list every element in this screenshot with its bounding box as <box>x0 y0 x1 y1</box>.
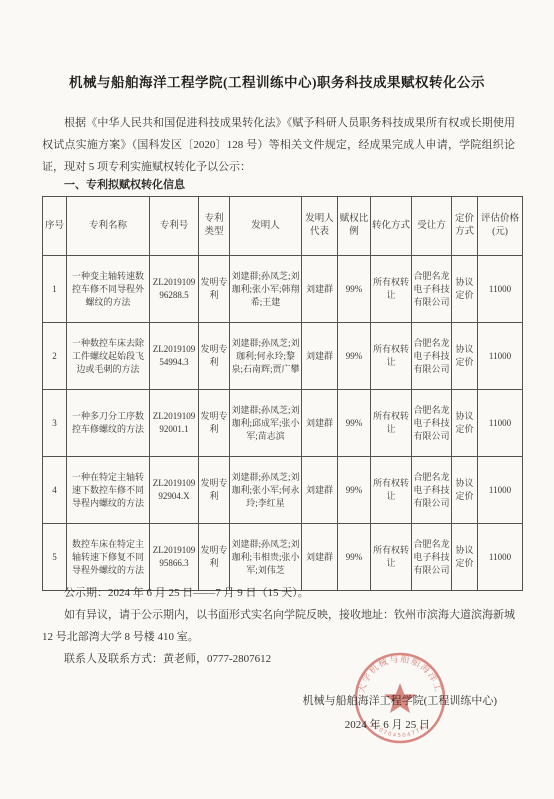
notice-period: 公示期：2024 年 6 月 25 日——7 月 9 日（15 天）。 <box>42 582 515 604</box>
cell-assignee: 合肥名龙电子科技有限公司 <box>412 457 452 524</box>
cell-patent-name: 一种多刀分工序数控车修螺纹的方法 <box>67 390 150 457</box>
cell-representative: 刘建群 <box>302 256 338 323</box>
objection-paragraph: 如有异议，请于公示期内，以书面形式实名向学院反映，接收地址：钦州市滨海大道滨海新… <box>42 604 515 648</box>
cell-valuation: 11000 <box>478 390 523 457</box>
cell-assignee: 合肥名龙电子科技有限公司 <box>412 524 452 591</box>
signature-org: 机械与船舶海洋工程学院(工程训练中心) <box>0 692 497 708</box>
cell-patent-no: ZL201910992001.1 <box>150 390 199 457</box>
header-patent-type: 专利类型 <box>199 197 230 256</box>
header-inventors: 发明人 <box>230 197 302 256</box>
cell-valuation: 11000 <box>478 256 523 323</box>
cell-patent-type: 发明专利 <box>199 256 230 323</box>
cell-method: 所有权转让 <box>371 457 412 524</box>
cell-assignee: 合肥名龙电子科技有限公司 <box>412 323 452 390</box>
cell-patent-no: ZL201910996288.5 <box>150 256 199 323</box>
cell-ratio: 99% <box>338 323 371 390</box>
cell-patent-no: ZL201910995866.3 <box>150 524 199 591</box>
table-row: 4 一种在特定主轴转速下数控车修不同导程内螺纹的方法 ZL20191099290… <box>43 457 523 524</box>
cell-patent-name: 一种变主轴转速数控车修不同导程外螺纹的方法 <box>67 256 150 323</box>
header-patent-name: 专利名称 <box>67 197 150 256</box>
header-patent-no: 专利号 <box>150 197 199 256</box>
header-method: 转化方式 <box>371 197 412 256</box>
cell-pricing: 协议定价 <box>452 390 478 457</box>
header-valuation: 评估价格(元) <box>478 197 523 256</box>
table-header-row: 序号 专利名称 专利号 专利类型 发明人 发明人代表 赋权比例 转化方式 受让方… <box>43 197 523 256</box>
signature-date: 2024 年 6 月 25 日 <box>0 716 430 732</box>
cell-index: 3 <box>43 390 67 457</box>
table-row: 3 一种多刀分工序数控车修螺纹的方法 ZL201910992001.1 发明专利… <box>43 390 523 457</box>
cell-patent-type: 发明专利 <box>199 457 230 524</box>
cell-assignee: 合肥名龙电子科技有限公司 <box>412 390 452 457</box>
document-page: 机械与船舶海洋工程学院(工程训练中心)职务科技成果赋权转化公示 根据《中华人民共… <box>0 0 554 799</box>
cell-pricing: 协议定价 <box>452 256 478 323</box>
header-index: 序号 <box>43 197 67 256</box>
cell-method: 所有权转让 <box>371 323 412 390</box>
cell-patent-no: ZL201910954994.3 <box>150 323 199 390</box>
cell-valuation: 11000 <box>478 524 523 591</box>
table-row: 5 数控车床在特定主轴转速下修复不同导程外螺纹的方法 ZL20191099586… <box>43 524 523 591</box>
cell-patent-type: 发明专利 <box>199 390 230 457</box>
cell-method: 所有权转让 <box>371 524 412 591</box>
header-pricing: 定价方式 <box>452 197 478 256</box>
cell-valuation: 11000 <box>478 323 523 390</box>
page-title: 机械与船舶海洋工程学院(工程训练中心)职务科技成果赋权转化公示 <box>0 71 554 91</box>
header-assignee: 受让方 <box>412 197 452 256</box>
cell-pricing: 协议定价 <box>452 524 478 591</box>
section-heading: 一、专利拟赋权转化信息 <box>42 176 515 192</box>
table-row: 1 一种变主轴转速数控车修不同导程外螺纹的方法 ZL201910996288.5… <box>43 256 523 323</box>
cell-patent-name: 数控车床在特定主轴转速下修复不同导程外螺纹的方法 <box>67 524 150 591</box>
header-ratio: 赋权比例 <box>338 197 371 256</box>
contact-line: 联系人及联系方式：黄老师，0777-2807612 <box>42 648 515 670</box>
cell-representative: 刘建群 <box>302 524 338 591</box>
cell-inventors: 刘建群;孙凤芝;刘珈利;韦相贵;张小军;刘伟芝 <box>230 524 302 591</box>
table-row: 2 一种数控车床去除工件螺纹起始段飞边或毛刺的方法 ZL201910954994… <box>43 323 523 390</box>
cell-assignee: 合肥名龙电子科技有限公司 <box>412 256 452 323</box>
cell-index: 1 <box>43 256 67 323</box>
cell-patent-name: 一种在特定主轴转速下数控车修不同导程内螺纹的方法 <box>67 457 150 524</box>
cell-patent-type: 发明专利 <box>199 524 230 591</box>
cell-index: 2 <box>43 323 67 390</box>
cell-patent-name: 一种数控车床去除工件螺纹起始段飞边或毛刺的方法 <box>67 323 150 390</box>
cell-patent-no: ZL201910992904.X <box>150 457 199 524</box>
cell-ratio: 99% <box>338 390 371 457</box>
cell-valuation: 11000 <box>478 457 523 524</box>
cell-inventors: 刘建群;孙凤芝;刘珈利;何永玲;黎泉;石南辉;贾广攀 <box>230 323 302 390</box>
cell-representative: 刘建群 <box>302 390 338 457</box>
cell-representative: 刘建群 <box>302 323 338 390</box>
cell-index: 4 <box>43 457 67 524</box>
cell-representative: 刘建群 <box>302 457 338 524</box>
cell-ratio: 99% <box>338 457 371 524</box>
cell-method: 所有权转让 <box>371 390 412 457</box>
cell-index: 5 <box>43 524 67 591</box>
header-representative: 发明人代表 <box>302 197 338 256</box>
cell-inventors: 刘建群;孙凤芝;刘珈利;邱成军;张小军;苗志滨 <box>230 390 302 457</box>
cell-inventors: 刘建群;孙凤芝;刘珈利;张小军;韩翔希;王建 <box>230 256 302 323</box>
cell-ratio: 99% <box>338 256 371 323</box>
cell-method: 所有权转让 <box>371 256 412 323</box>
cell-pricing: 协议定价 <box>452 457 478 524</box>
cell-pricing: 协议定价 <box>452 323 478 390</box>
cell-patent-type: 发明专利 <box>199 323 230 390</box>
cell-ratio: 99% <box>338 524 371 591</box>
intro-paragraph: 根据《中华人民共和国促进科技成果转化法》《赋予科研人员职务科技成果所有权或长期使… <box>42 112 515 178</box>
patent-table: 序号 专利名称 专利号 专利类型 发明人 发明人代表 赋权比例 转化方式 受让方… <box>42 196 523 591</box>
cell-inventors: 刘建群;孙凤芝;刘珈利;张小军;何永玲;李红星 <box>230 457 302 524</box>
